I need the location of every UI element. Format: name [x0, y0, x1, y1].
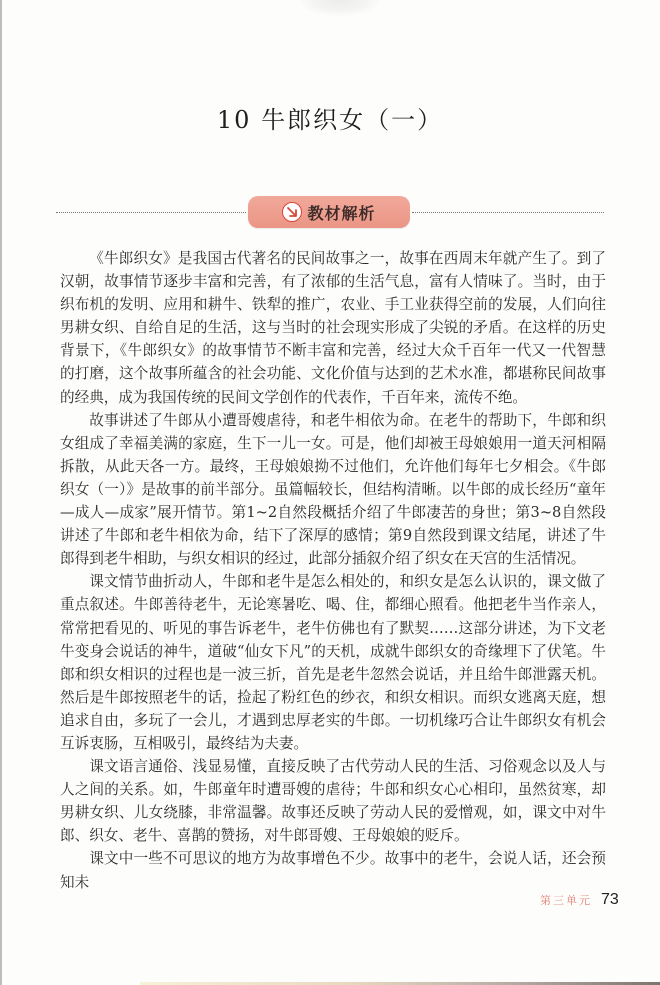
paragraph: 《牛郎织女》是我国古代著名的民间故事之一，故事在西周末年就产生了。到了汉朝，故事… [60, 247, 606, 409]
paragraph: 课文情节曲折动人，牛郎和老牛是怎么相处的，和织女是怎么认识的，课文做了重点叙述。… [60, 570, 606, 755]
section-header-badge: 教材解析 [248, 196, 410, 228]
analysis-body: 《牛郎织女》是我国古代著名的民间故事之一，故事在西周末年就产生了。到了汉朝，故事… [60, 247, 606, 894]
dotted-divider-right [412, 212, 604, 213]
paragraph: 课文语言通俗、浅显易懂，直接反映了古代劳动人民的生活、习俗观念以及人与人之间的关… [60, 755, 606, 847]
section-header: 教材解析 [56, 196, 604, 230]
page-number: 73 [601, 891, 619, 909]
page-footer: 第三单元 73 [540, 891, 619, 909]
section-header-label: 教材解析 [307, 201, 375, 224]
arrow-down-right-circle-icon [282, 202, 302, 222]
dotted-divider-left [56, 212, 246, 213]
paragraph: 课文中一些不可思议的地方为故事增色不少。故事中的老牛，会说人话，还会预知未 [60, 847, 606, 893]
page-left-edge [0, 0, 2, 985]
lesson-title: 10 牛郎织女（一） [0, 100, 660, 135]
paragraph: 故事讲述了牛郎从小遭哥嫂虐待，和老牛相依为命。在老牛的帮助下，牛郎和织女组成了幸… [60, 409, 606, 571]
unit-label: 第三单元 [540, 892, 592, 908]
top-decoration-image [300, 0, 380, 16]
